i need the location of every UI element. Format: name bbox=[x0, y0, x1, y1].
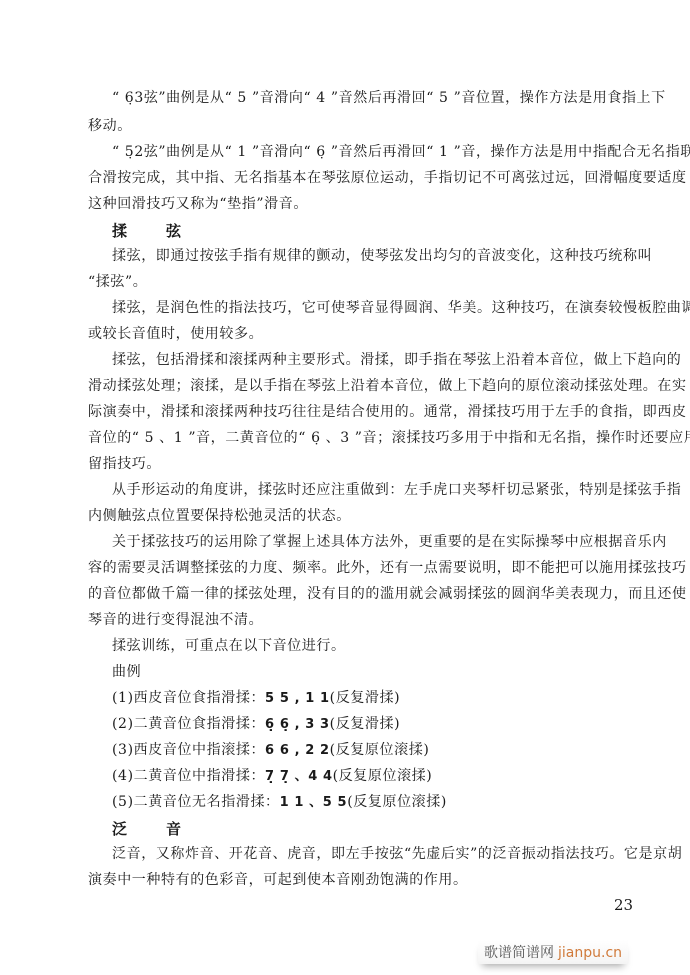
example-item: (3)西皮音位中指滚揉：6 6 , 2 2(反复原位滚揉) bbox=[112, 740, 648, 761]
example-index: (2) bbox=[112, 716, 134, 732]
example-notes: 6̣ 6̣ , 3 3 bbox=[265, 717, 330, 732]
paragraph-line: 这种回滑技巧又称为“垫指”滑音。 bbox=[88, 194, 648, 214]
paragraph-line: 演奏中一种特有的色彩音，可起到使本音刚劲饱满的作用。 bbox=[88, 870, 648, 890]
paragraph-line: 泛音，又称炸音、开花音、虎音，即左手按弦“先虚后实”的泛音振动指法技巧。它是京胡 bbox=[112, 844, 648, 864]
paragraph-line: “ 6̣3弦”曲例是从“ 5 ”音滑向“ 4 ”音然后再滑回“ 5 ”音位置，操… bbox=[112, 88, 648, 108]
example-item: (4)二黄音位中指滑揉：7̣ 7̣ 、4 4(反复原位滚揉) bbox=[112, 766, 648, 787]
example-label: 二黄音位食指滑揉： bbox=[134, 716, 265, 732]
paragraph-line: 揉弦，即通过按弦手指有规律的颤动，使琴弦发出均匀的音波变化，这种技巧统称叫 bbox=[112, 246, 648, 266]
example-label: 西皮音位食指滑揉： bbox=[134, 690, 265, 706]
paragraph-line: 际演奏中，滑揉和滚揉两种技巧往往是结合使用的。通常，滑揉技巧用于左手的食指，即西… bbox=[88, 402, 648, 422]
example-note: (反复滑揉) bbox=[330, 690, 401, 706]
watermark-text: 歌谱简谱网 bbox=[484, 945, 554, 961]
paragraph-line: 留指技巧。 bbox=[88, 454, 648, 474]
example-item: (5)二黄音位无名指滑揉：1 1 、5 5(反复原位滚揉) bbox=[112, 792, 648, 813]
paragraph-line: 容的需要灵活调整揉弦的力度、频率。此外，还有一点需要说明，即不能把可以施用揉弦技… bbox=[88, 558, 648, 578]
example-note: (反复原位滚揉) bbox=[347, 794, 447, 810]
example-label: 二黄音位无名指滑揉： bbox=[134, 794, 280, 810]
example-index: (3) bbox=[112, 742, 134, 758]
watermark-domain: jianpu.cn bbox=[558, 945, 622, 961]
paragraph-line: 从手形运动的角度讲，揉弦时还应注重做到：左手虎口夹琴杆切忌紧张，特别是揉弦手指 bbox=[112, 480, 648, 500]
paragraph-line: “ 5̣2弦”曲例是从“ 1 ”音滑向“ 6̣ ”音然后再滑回“ 1 ”音，操作… bbox=[112, 142, 648, 162]
example-index: (4) bbox=[112, 768, 134, 784]
section-heading-rouxian: 揉 弦 bbox=[112, 220, 193, 241]
example-note: (反复原位滚揉) bbox=[330, 742, 430, 758]
example-note: (反复原位滚揉) bbox=[333, 768, 433, 784]
page-number: 23 bbox=[614, 896, 633, 914]
paragraph-line: 揉弦训练，可重点在以下音位进行。 bbox=[112, 636, 648, 656]
watermark: 歌谱简谱网jianpu.cn bbox=[478, 940, 628, 964]
section-heading-fanyin: 泛 音 bbox=[112, 818, 193, 839]
paragraph-line: 内侧触弦点位置要保持松弛灵活的状态。 bbox=[88, 506, 648, 526]
document-page: “ 6̣3弦”曲例是从“ 5 ”音滑向“ 4 ”音然后再滑回“ 5 ”音位置，操… bbox=[0, 0, 690, 975]
paragraph-line: 或较长音值时，使用较多。 bbox=[88, 324, 648, 344]
paragraph-line: 音位的“ 5 、1 ”音，二黄音位的“ 6̣ 、3 ”音；滚揉技巧多用于中指和无… bbox=[88, 428, 648, 448]
paragraph-line: 关于揉弦技巧的运用除了掌握上述具体方法外，更重要的是在实际操琴中应根据音乐内 bbox=[112, 532, 648, 552]
example-label: 曲例 bbox=[112, 662, 648, 682]
example-item: (2)二黄音位食指滑揉：6̣ 6̣ , 3 3(反复滑揉) bbox=[112, 714, 648, 735]
paragraph-line: 揉弦，包括滑揉和滚揉两种主要形式。滑揉，即手指在琴弦上沿着本音位，做上下趋向的 bbox=[112, 350, 648, 370]
example-index: (5) bbox=[112, 794, 134, 810]
paragraph-line: 移动。 bbox=[88, 116, 648, 136]
paragraph-line: “揉弦”。 bbox=[88, 272, 648, 292]
paragraph-line: 合滑按完成，其中指、无名指基本在琴弦原位运动，手指切记不可离弦过远，回滑幅度要适… bbox=[88, 168, 648, 188]
paragraph-line: 琴音的进行变得混浊不清。 bbox=[88, 610, 648, 630]
example-notes: 5 5 , 1 1 bbox=[265, 691, 330, 706]
example-notes: 7̣ 7̣ 、4 4 bbox=[265, 769, 333, 784]
paragraph-line: 的音位都做千篇一律的揉弦处理，没有目的的滥用就会减弱揉弦的圆润华美表现力，而且还… bbox=[88, 584, 648, 604]
example-label: 西皮音位中指滚揉： bbox=[134, 742, 265, 758]
example-notes: 6 6 , 2 2 bbox=[265, 743, 330, 758]
example-item: (1)西皮音位食指滑揉：5 5 , 1 1(反复滑揉) bbox=[112, 688, 648, 709]
example-index: (1) bbox=[112, 690, 134, 706]
example-notes: 1 1 、5 5 bbox=[280, 795, 348, 810]
example-label: 二黄音位中指滑揉： bbox=[134, 768, 265, 784]
paragraph-line: 滑动揉弦处理；滚揉，是以手指在琴弦上沿着本音位，做上下趋向的原位滚动揉弦处理。在… bbox=[88, 376, 648, 396]
paragraph-line: 揉弦，是润色性的指法技巧，它可使琴音显得圆润、华美。这种技巧，在演奏较慢板腔曲调 bbox=[112, 298, 648, 318]
example-note: (反复滑揉) bbox=[330, 716, 401, 732]
